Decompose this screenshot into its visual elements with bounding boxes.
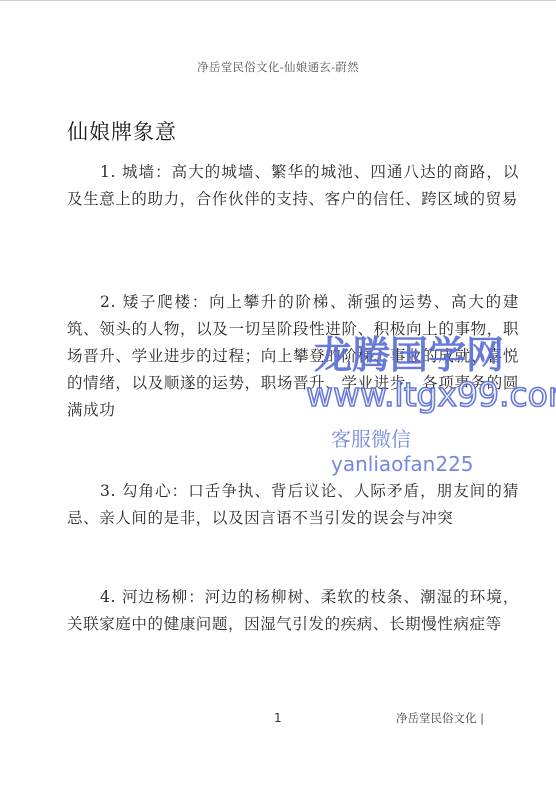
list-item-2: 2. 矮子爬楼：向上攀升的阶梯、渐强的运势、高大的建筑、领头的人物，以及一切呈阶… [67,289,519,424]
document-title: 仙娘牌象意 [67,116,177,146]
list-item-1: 1. 城墙：高大的城墙、繁华的城池、四通八达的商路，以及生意上的助力，合作伙伴的… [67,159,519,213]
list-item-3: 3. 勾角心：口舌争执、背后议论、人际矛盾，朋友间的猜忌、亲人间的是非，以及因言… [67,478,519,532]
watermark-contact: 客服微信 yanliaofan225 [331,423,556,476]
page-footer: 净岳堂民俗文化 | [396,710,484,726]
top-border-line [0,0,556,1]
page-number: 1 [274,711,282,725]
page-header: 净岳堂民俗文化-仙娘通玄-蔚然 [0,59,556,75]
list-item-4: 4. 河边杨柳：河边的杨柳树、柔软的枝条、潮湿的环境，关联家庭中的健康问题，因湿… [67,584,519,638]
